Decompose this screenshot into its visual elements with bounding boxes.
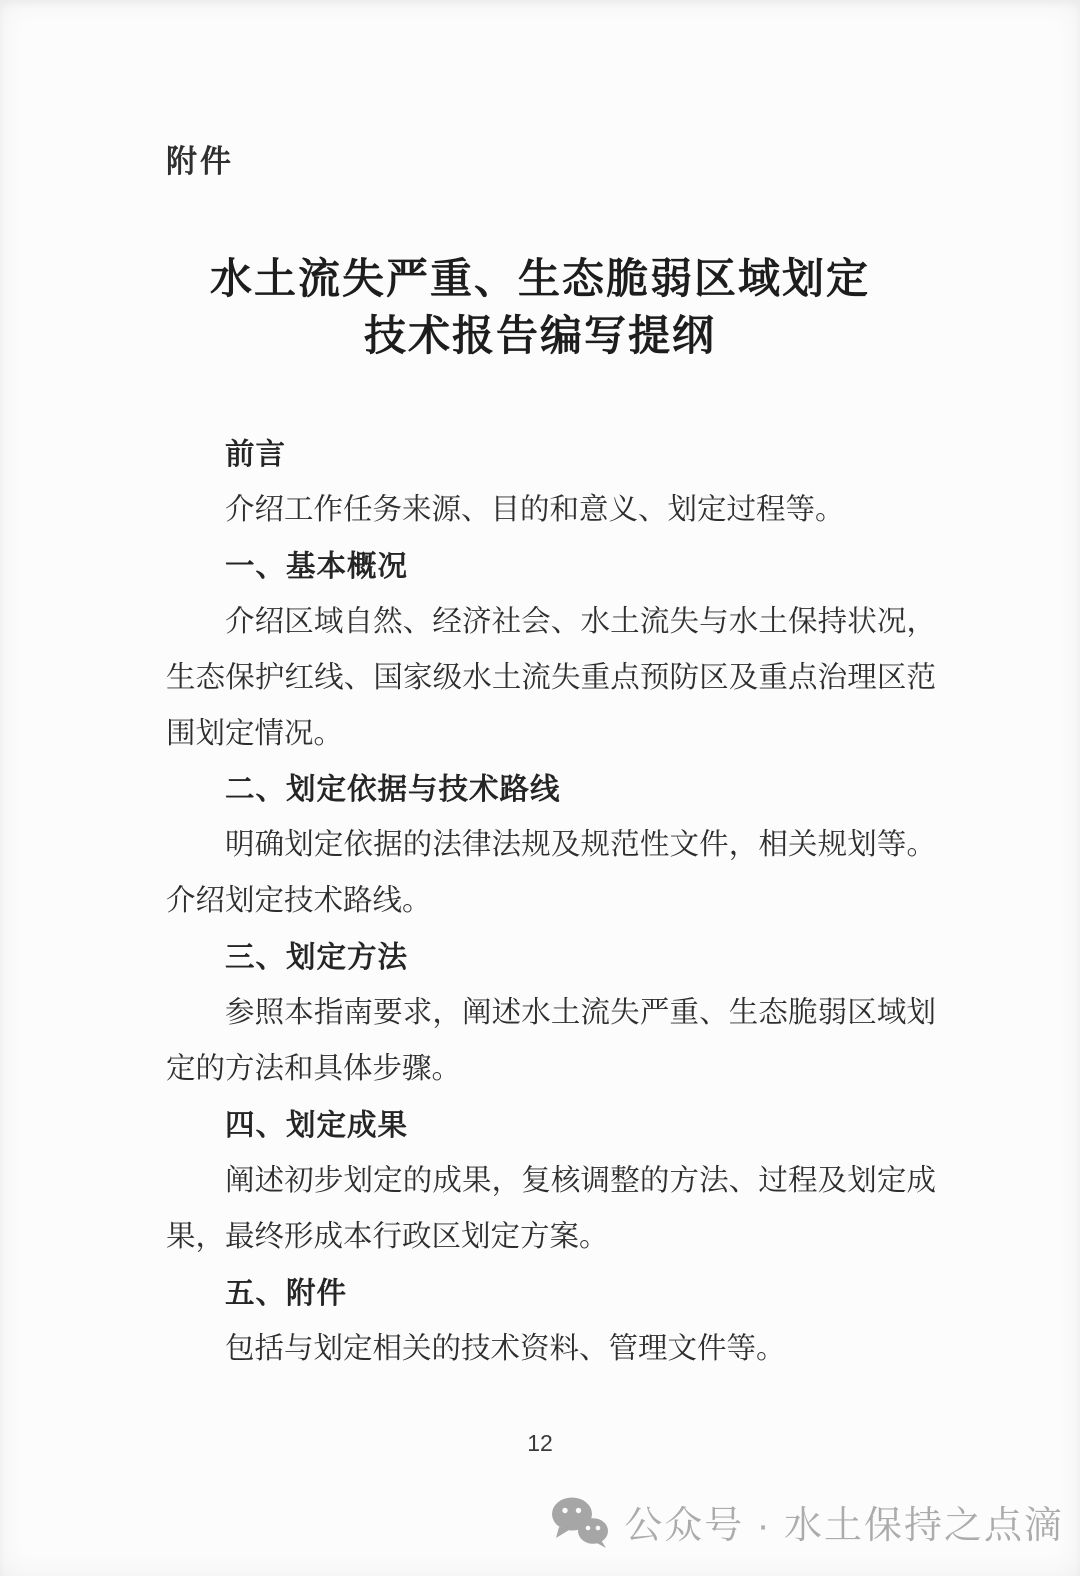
section-heading-foreword: 前言 — [166, 427, 936, 483]
body-line: 阐述初步划定的成果，复核调整的方法、过程及划定成 — [166, 1154, 936, 1210]
body-line: 明确划定依据的法律法规及规范性文件，相关规划等。 — [166, 818, 936, 874]
page-title: 水土流失严重、生态脆弱区域划定 技术报告编写提纲 — [0, 252, 1080, 366]
body-line: 介绍区域自然、经济社会、水土流失与水土保持状况， — [166, 595, 936, 651]
body-line: 包括与划定相关的技术资料、管理文件等。 — [166, 1322, 936, 1378]
page-title-line-2: 技术报告编写提纲 — [0, 309, 1080, 366]
section-heading-5: 五、附件 — [166, 1266, 936, 1322]
page-title-line-1: 水土流失严重、生态脆弱区域划定 — [0, 252, 1080, 309]
body-line: 介绍划定技术路线。 — [166, 874, 936, 930]
wechat-icon — [550, 1496, 610, 1548]
body-line: 定的方法和具体步骤。 — [166, 1042, 936, 1098]
attachment-label: 附件 — [166, 136, 234, 181]
section-heading-4: 四、划定成果 — [166, 1098, 936, 1154]
body-line: 围划定情况。 — [166, 707, 936, 763]
page-number: 12 — [0, 1430, 1080, 1457]
body-line: 果，最终形成本行政区划定方案。 — [166, 1210, 936, 1266]
document-page: 附件 水土流失严重、生态脆弱区域划定 技术报告编写提纲 前言 介绍工作任务来源、… — [0, 0, 1080, 1576]
watermark-text: 公众号 · 水土保持之点滴 — [624, 1494, 1064, 1549]
watermark: 公众号 · 水土保持之点滴 — [550, 1494, 1064, 1549]
body-line: 介绍工作任务来源、目的和意义、划定过程等。 — [166, 483, 936, 539]
body-line: 参照本指南要求，阐述水土流失严重、生态脆弱区域划 — [166, 986, 936, 1042]
body-line: 生态保护红线、国家级水土流失重点预防区及重点治理区范 — [166, 651, 936, 707]
document-body: 前言 介绍工作任务来源、目的和意义、划定过程等。 一、基本概况 介绍区域自然、经… — [166, 427, 936, 1377]
section-heading-2: 二、划定依据与技术路线 — [166, 762, 936, 818]
section-heading-1: 一、基本概况 — [166, 539, 936, 595]
section-heading-3: 三、划定方法 — [166, 930, 936, 986]
